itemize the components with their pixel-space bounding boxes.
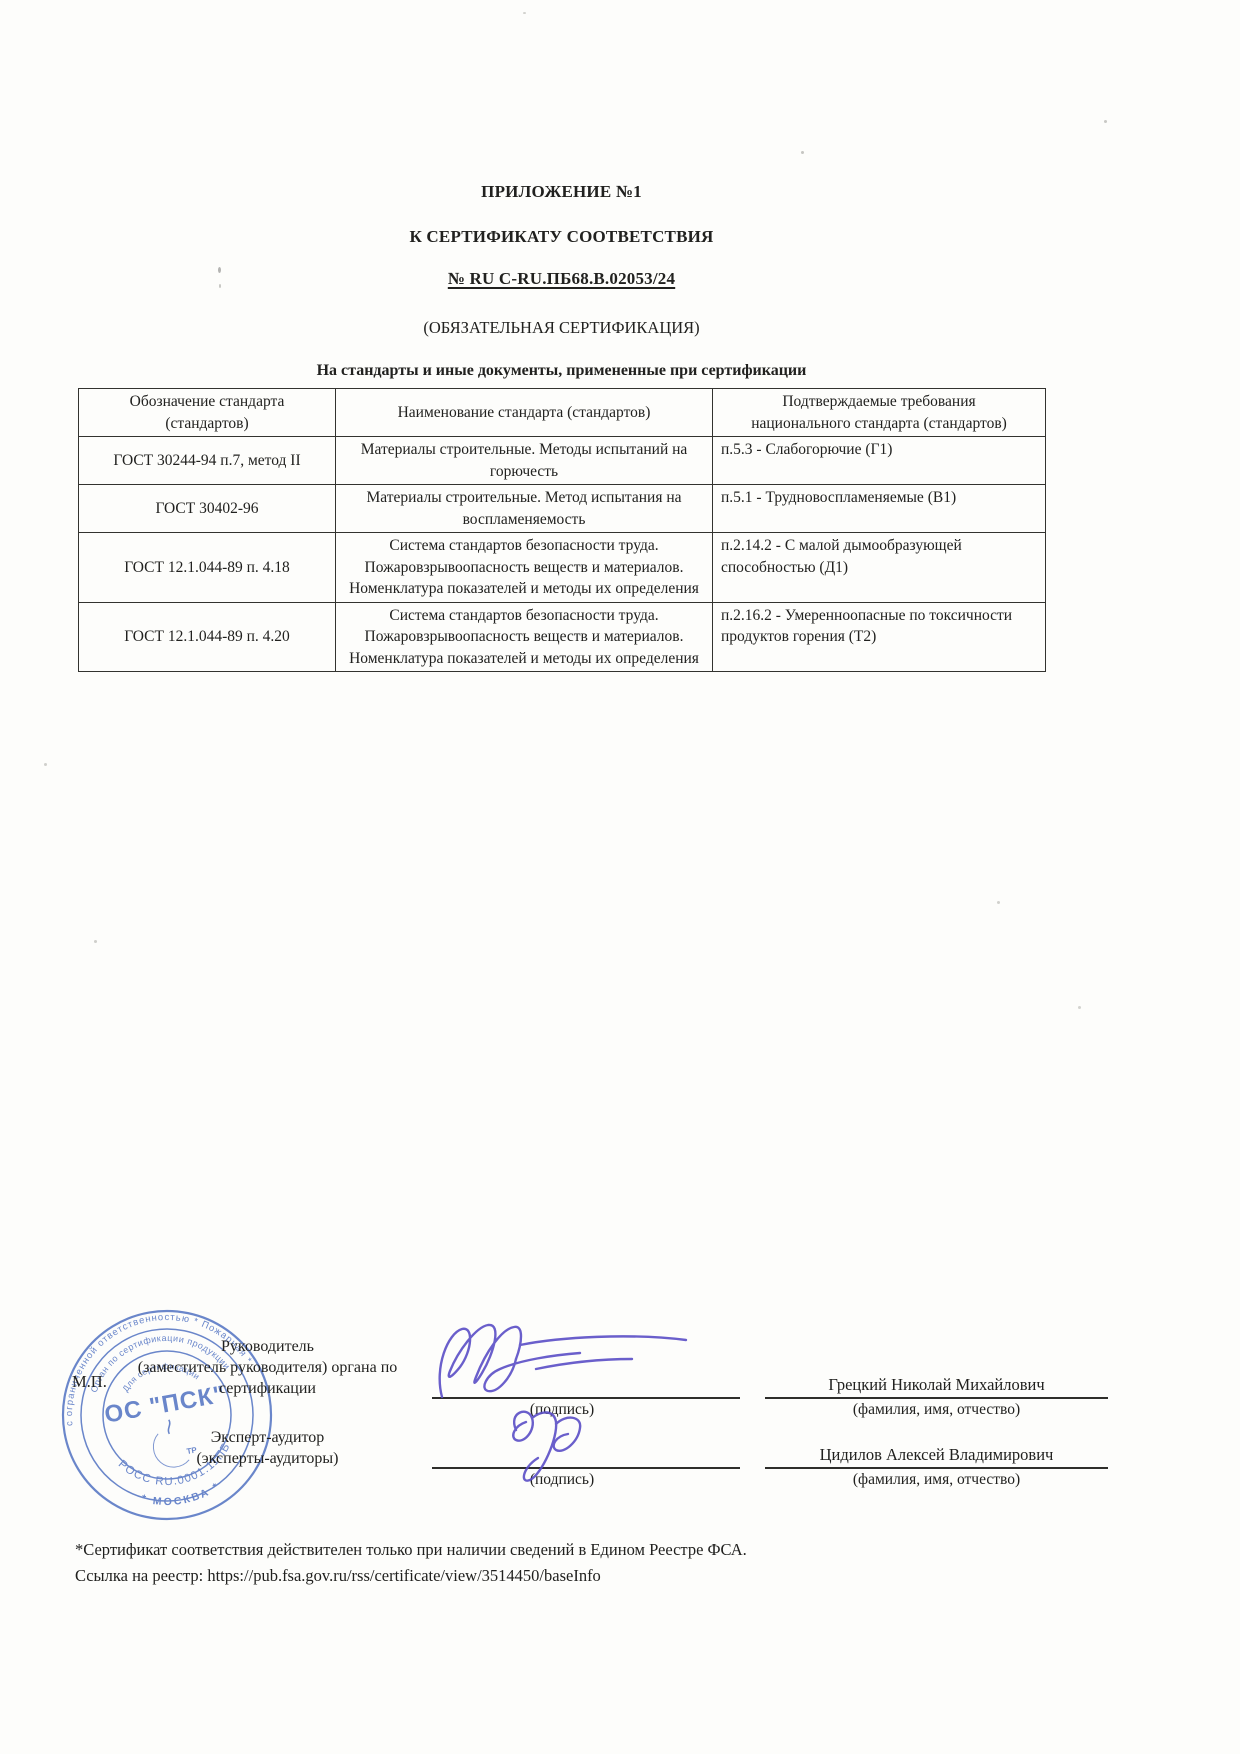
scan-speck <box>94 940 97 943</box>
name-line-expert <box>765 1451 1108 1469</box>
table-row: ГОСТ 12.1.044-89 п. 4.18 Система стандар… <box>79 533 1046 603</box>
certification-type: (ОБЯЗАТЕЛЬНАЯ СЕРТИФИКАЦИЯ) <box>78 318 1045 338</box>
scan-speck <box>801 151 804 154</box>
scan-speck <box>218 267 221 273</box>
table-row: ГОСТ 30402-96 Материалы строительные. Ме… <box>79 485 1046 533</box>
to-certificate-line: К СЕРТИФИКАТУ СООТВЕТСТВИЯ <box>78 227 1045 247</box>
cell-requirement: п.5.1 - Трудновоспламеняемые (В1) <box>713 485 1046 533</box>
certification-stamp: с ограниченной ответственностью * Пожарн… <box>52 1300 282 1530</box>
signature-ink-expert <box>490 1402 610 1487</box>
cell-requirement: п.5.3 - Слабогорючие (Г1) <box>713 437 1046 485</box>
role-line: (эксперты-аудиторы) <box>95 1448 440 1469</box>
cell-standard-name: Система стандартов безопасности труда. П… <box>336 602 713 672</box>
appendix-title: ПРИЛОЖЕНИЕ №1 <box>78 182 1045 202</box>
validity-note: *Сертификат соответствия действителен то… <box>75 1538 1175 1562</box>
standards-table: Обозначение стандарта (стандартов) Наиме… <box>78 388 1046 672</box>
name-caption-head: (фамилия, имя, отчество) <box>765 1401 1108 1419</box>
cell-standard-name: Система стандартов безопасности труда. П… <box>336 533 713 603</box>
col-header-confirmed-requirements: Подтверждаемые требования национального … <box>713 389 1046 437</box>
scan-speck <box>219 284 221 288</box>
scan-speck <box>1078 1006 1081 1009</box>
table-row: ГОСТ 30244-94 п.7, метод II Материалы ст… <box>79 437 1046 485</box>
scan-speck <box>523 12 526 14</box>
col-header-standard-name: Наименование стандарта (стандартов) <box>336 389 713 437</box>
scan-speck <box>44 763 47 766</box>
table-row: ГОСТ 12.1.044-89 п. 4.20 Система стандар… <box>79 602 1046 672</box>
cell-standard: ГОСТ 12.1.044-89 п. 4.20 <box>79 602 336 672</box>
table-header-row: Обозначение стандарта (стандартов) Наиме… <box>79 389 1046 437</box>
col-header-standard-designation: Обозначение стандарта (стандартов) <box>79 389 336 437</box>
header-line: национального стандарта (стандартов) <box>721 413 1037 435</box>
certificate-number: № RU C-RU.ПБ68.В.02053/24 <box>78 269 1045 289</box>
role-line: (заместитель руководителя) органа по <box>95 1357 440 1378</box>
signature-ink-head <box>428 1315 698 1415</box>
role-expert: Эксперт-аудитор (эксперты-аудиторы) <box>95 1427 440 1469</box>
role-head: Руководитель (заместитель руководителя) … <box>95 1336 440 1399</box>
table-caption: На стандарты и иные документы, примененн… <box>78 362 1045 380</box>
cell-standard: ГОСТ 30402-96 <box>79 485 336 533</box>
cell-standard: ГОСТ 30244-94 п.7, метод II <box>79 437 336 485</box>
role-line: Эксперт-аудитор <box>95 1427 440 1448</box>
header-line: Подтверждаемые требования <box>721 391 1037 413</box>
cell-requirement: п.2.16.2 - Умеренноопасные по токсичност… <box>713 602 1046 672</box>
registry-link: Ссылка на реестр: https://pub.fsa.gov.ru… <box>75 1564 1175 1588</box>
certificate-appendix-page: ПРИЛОЖЕНИЕ №1 К СЕРТИФИКАТУ СООТВЕТСТВИЯ… <box>0 0 1240 1754</box>
header-line: (стандартов) <box>87 413 327 435</box>
header-line: Обозначение стандарта <box>87 391 327 413</box>
name-line-head <box>765 1381 1108 1399</box>
cell-standard-name: Материалы строительные. Метод испытания … <box>336 485 713 533</box>
name-caption-expert: (фамилия, имя, отчество) <box>765 1471 1108 1489</box>
cell-standard: ГОСТ 12.1.044-89 п. 4.18 <box>79 533 336 603</box>
role-line: Руководитель <box>95 1336 440 1357</box>
scan-speck <box>1104 120 1107 123</box>
scan-speck <box>997 901 1000 904</box>
cell-requirement: п.2.14.2 - С малой дымообразующей способ… <box>713 533 1046 603</box>
role-line: сертификации <box>95 1378 440 1399</box>
header-line: Наименование стандарта (стандартов) <box>344 402 704 424</box>
cell-standard-name: Материалы строительные. Методы испытаний… <box>336 437 713 485</box>
